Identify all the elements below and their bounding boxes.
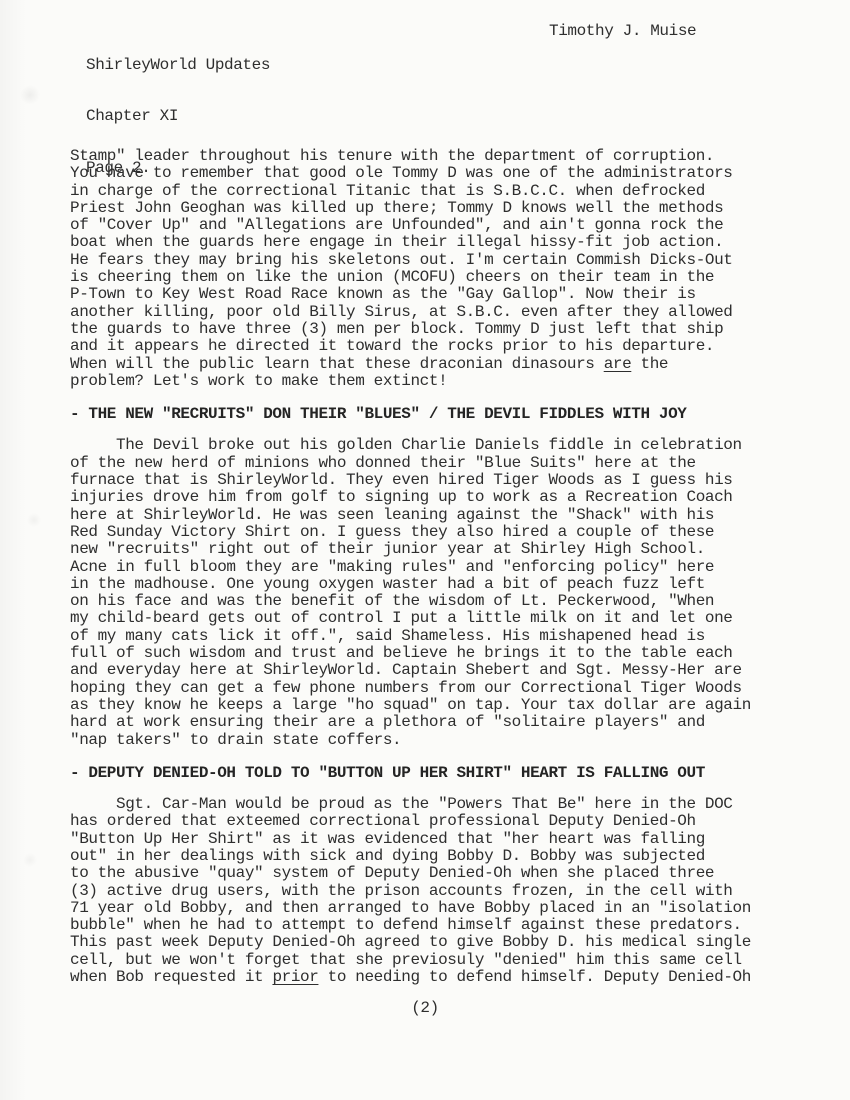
text-line: when Bob requested it prior to needing t… xyxy=(70,969,820,986)
text-line: This past week Deputy Denied-Oh agreed t… xyxy=(70,934,820,951)
text-line: in the madhouse. One young oxygen waster… xyxy=(70,576,820,593)
text-line: new "recruits" right out of their junior… xyxy=(70,541,820,558)
text-line: You have to remember that good ole Tommy… xyxy=(70,165,820,182)
section-heading: - THE NEW "RECRUITS" DON THEIR "BLUES" /… xyxy=(70,406,820,423)
text-line: boat when the guards here engage in thei… xyxy=(70,234,820,251)
text-line: another killing, poor old Billy Sirus, a… xyxy=(70,304,820,321)
author-name: Timothy J. Muise xyxy=(549,23,696,40)
text-line: bubble" when he had to attempt to defend… xyxy=(70,917,820,934)
page-number: (2) xyxy=(0,1000,850,1017)
text-line: and everyday here at ShirleyWorld. Capta… xyxy=(70,662,820,679)
text-line: my child-beard gets out of control I put… xyxy=(70,610,820,627)
text-line: full of such wisdom and trust and believ… xyxy=(70,645,820,662)
text-line: Acne in full bloom they are "making rule… xyxy=(70,559,820,576)
text-line: in charge of the correctional Titanic th… xyxy=(70,183,820,200)
text-line: of the new herd of minions who donned th… xyxy=(70,455,820,472)
text-line: "nap takers" to drain state coffers. xyxy=(70,732,820,749)
header-title: ShirleyWorld Updates xyxy=(86,57,270,74)
underlined-text: prior xyxy=(272,968,318,986)
text-line: injuries drove him from golf to signing … xyxy=(70,489,820,506)
text-line: the guards to have three (3) men per blo… xyxy=(70,321,820,338)
text-line: hard at work ensuring their are a pletho… xyxy=(70,714,820,731)
text-line: Priest John Geoghan was killed up there;… xyxy=(70,200,820,217)
text-line: cell, but we won't forget that she previ… xyxy=(70,952,820,969)
text-line: out" in her dealings with sick and dying… xyxy=(70,848,820,865)
document-page: ShirleyWorld Updates Chapter XI Page 2. … xyxy=(0,0,850,1100)
text-line: as they know he keeps a large "ho squad"… xyxy=(70,697,820,714)
text-line: here at ShirleyWorld. He was seen leanin… xyxy=(70,507,820,524)
text-line: and it appears he directed it toward the… xyxy=(70,338,820,355)
text-line: "Button Up Her Shirt" as it was evidence… xyxy=(70,831,820,848)
text-line: furnace that is ShirleyWorld. They even … xyxy=(70,472,820,489)
document-blocks: Stamp" leader throughout his tenure with… xyxy=(70,148,820,1002)
text-line: P-Town to Key West Road Race known as th… xyxy=(70,286,820,303)
text-line: on his face and was the benefit of the w… xyxy=(70,593,820,610)
text-line: He fears they may bring his skeletons ou… xyxy=(70,252,820,269)
text-line: problem? Let's work to make them extinct… xyxy=(70,373,820,390)
text-line: is cheering them on like the union (MCOF… xyxy=(70,269,820,286)
text-line: 71 year old Bobby, and then arranged to … xyxy=(70,900,820,917)
section-heading: - DEPUTY DENIED-OH TOLD TO "BUTTON UP HE… xyxy=(70,765,820,782)
text-line: Stamp" leader throughout his tenure with… xyxy=(70,148,820,165)
paragraph: Sgt. Car-Man would be proud as the "Powe… xyxy=(70,796,820,986)
text-line: has ordered that exteemed correctional p… xyxy=(70,813,820,830)
text-line: (3) active drug users, with the prison a… xyxy=(70,883,820,900)
text-line: of my many cats lick it off.", said Sham… xyxy=(70,628,820,645)
text-line: Red Sunday Victory Shirt on. I guess the… xyxy=(70,524,820,541)
paragraph: The Devil broke out his golden Charlie D… xyxy=(70,437,820,748)
text-line: Sgt. Car-Man would be proud as the "Powe… xyxy=(70,796,820,813)
underlined-text: are xyxy=(604,355,632,373)
text-line: When will the public learn that these dr… xyxy=(70,356,820,373)
text-line: The Devil broke out his golden Charlie D… xyxy=(70,437,820,454)
header-chapter: Chapter XI xyxy=(86,108,270,125)
text-line: of "Cover Up" and "Allegations are Unfou… xyxy=(70,217,820,234)
text-line: to the abusive "quay" system of Deputy D… xyxy=(70,865,820,882)
paragraph: Stamp" leader throughout his tenure with… xyxy=(70,148,820,390)
text-line: hoping they can get a few phone numbers … xyxy=(70,680,820,697)
